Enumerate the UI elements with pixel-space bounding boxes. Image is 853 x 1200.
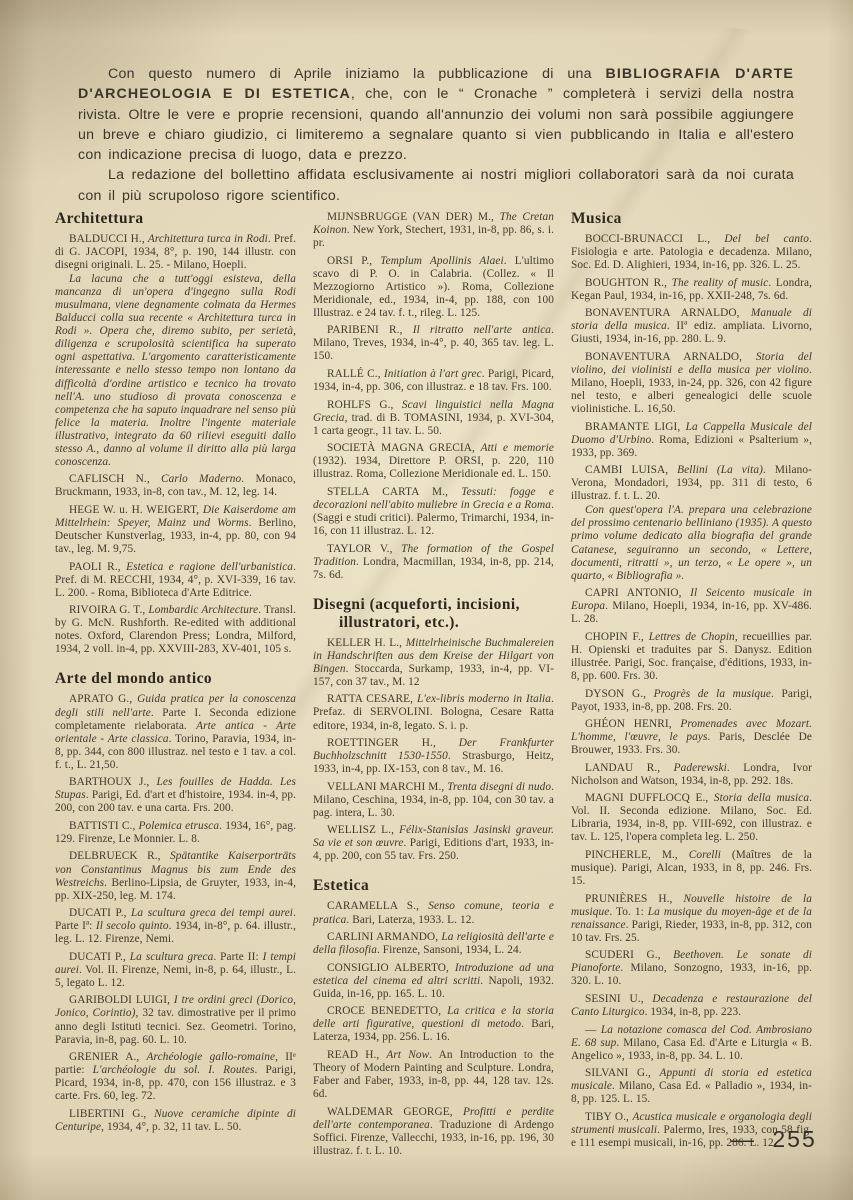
bib-entry: GARIBOLDI LUIGI, I tre ordini greci (Dor… <box>55 994 296 1046</box>
bib-entry: CARAMELLA S., Senso comune, teoria e pra… <box>313 900 554 926</box>
bib-entry: LIBERTINI G., Nuove ceramiche dipinte di… <box>55 1108 296 1134</box>
bib-entry: BOUGHTON R., The reality of music. Londr… <box>571 277 812 303</box>
bib-entry: GHÉON HENRI, Promenades avec Mozart. L'h… <box>571 718 812 757</box>
bib-column-center: MIJNSBRUGGE (VAN DER) M., The Cretan Koi… <box>313 208 554 1154</box>
bib-entry: GRENIER A., Archéologie gallo-romaine, I… <box>55 1051 296 1103</box>
bib-column-left: ArchitetturaBALDUCCI H., Architettura tu… <box>55 208 296 1154</box>
bib-entry: READ H., Art Now. An Introduction to the… <box>313 1049 554 1101</box>
bib-note: La lacuna che a tutt'oggi esisteva, dell… <box>55 273 296 469</box>
bib-entry: CAPRI ANTONIO, Il Seicento musicale in E… <box>571 587 812 626</box>
bib-entry: DELBRUECK R., Spätantike Kaiserporträts … <box>55 850 296 902</box>
bib-entry: HEGE W. u. H. WEIGERT, Die Kaiserdome am… <box>55 504 296 556</box>
bib-entry: LANDAU R., Paderewski. Londra, Ivor Nich… <box>571 762 812 788</box>
bib-entry: CAMBI LUISA, Bellini (La vita). Milano-V… <box>571 464 812 503</box>
section-heading: Estetica <box>313 877 554 895</box>
bibliography-columns: ArchitetturaBALDUCCI H., Architettura tu… <box>55 208 813 1154</box>
section-heading: Disegni (acqueforti, incisioni, illustra… <box>313 596 554 632</box>
bib-entry: CONSIGLIO ALBERTO, Introduzione ad una e… <box>313 962 554 1001</box>
bib-entry: WALDEMAR GEORGE, Profitti e perdite dell… <box>313 1106 554 1154</box>
bib-entry: — La notazione comasca del Cod. Ambrosia… <box>571 1024 812 1063</box>
bib-entry: RIVOIRA G. T., Lombardic Architecture. T… <box>55 604 296 656</box>
bib-entry: CROCE BENEDETTO, La critica e la storia … <box>313 1005 554 1044</box>
bib-entry: APRATO G., Guida pratica per la conoscen… <box>55 693 296 771</box>
page-number: — 255 <box>731 1126 817 1153</box>
section-heading: Musica <box>571 210 812 228</box>
scanned-bibliography-page: Con questo numero di Aprile iniziamo la … <box>0 0 853 1200</box>
bib-entry: DUCATI P., La scultura greca dei tempi a… <box>55 907 296 946</box>
bib-entry: KELLER H. L., Mittelrheinische Buchmaler… <box>313 637 554 689</box>
bib-entry: SOCIETÀ MAGNA GRECIA, Atti e memorie (19… <box>313 442 554 481</box>
bib-entry: SCUDERI G., Beethoven. Le sonate di Pian… <box>571 949 812 988</box>
bib-entry: CHOPIN F., Lettres de Chopin, recueillie… <box>571 631 812 683</box>
bib-entry: MIJNSBRUGGE (VAN DER) M., The Cretan Koi… <box>313 211 554 250</box>
bib-entry: BATTISTI C., Polemica etrusca. 1934, 16°… <box>55 820 296 846</box>
bib-entry: DYSON G., Progrès de la musique. Parigi,… <box>571 688 812 714</box>
bib-note: Con quest'opera l'A. prepara una celebra… <box>571 504 812 582</box>
bib-entry: PINCHERLE, M., Corelli (Maîtres de la mu… <box>571 849 812 888</box>
bib-entry: PAOLI R., Estetica e ragione dell'urbani… <box>55 561 296 600</box>
section-heading: Arte del mondo antico <box>55 670 296 688</box>
bib-entry: BONAVENTURA ARNALDO, Manuale di storia d… <box>571 307 812 346</box>
bib-entry: MAGNI DUFFLOCQ E., Storia della musica. … <box>571 792 812 844</box>
bib-entry: ORSI P., Templum Apollinis Alaei. L'ulti… <box>313 255 554 320</box>
bib-entry: RALLÉ C., Initiation à l'art grec. Parig… <box>313 368 554 394</box>
intro-paragraph: La redazione del bollettino affidata esc… <box>78 165 794 206</box>
bib-entry: SILVANI G., Appunti di storia ed estetic… <box>571 1067 812 1106</box>
bib-entry: CAFLISCH N., Carlo Maderno. Monaco, Bruc… <box>55 473 296 499</box>
bib-entry: TAYLOR V., The formation of the Gospel T… <box>313 543 554 582</box>
bib-entry: PRUNIÈRES H., Nouvelle histoire de la mu… <box>571 893 812 945</box>
bib-entry: PARIBENI R., Il ritratto nell'arte antic… <box>313 324 554 363</box>
intro-block: Con questo numero di Aprile iniziamo la … <box>78 64 794 206</box>
bib-entry: BONAVENTURA ARNALDO, Storia del violino,… <box>571 351 812 416</box>
bib-entry: STELLA CARTA M., Tessuti: fogge e decora… <box>313 486 554 538</box>
bib-entry: RATTA CESARE, L'ex-libris moderno in Ita… <box>313 693 554 732</box>
bib-entry: BOCCI-BRUNACCI L., Del bel canto. Fisiol… <box>571 233 812 272</box>
bib-entry: BALDUCCI H., Architettura turca in Rodi.… <box>55 233 296 272</box>
section-heading: Architettura <box>55 210 296 228</box>
bib-entry: BRAMANTE LIGI, La Cappella Musicale del … <box>571 421 812 460</box>
bib-column-right: MusicaBOCCI-BRUNACCI L., Del bel canto. … <box>571 208 812 1154</box>
bib-entry: DUCATI P., La scultura greca. Parte II: … <box>55 951 296 990</box>
intro-paragraph: Con questo numero di Aprile iniziamo la … <box>78 64 794 165</box>
bib-entry: WELLISZ L., Félix-Stanislas Jasinski gra… <box>313 824 554 863</box>
bib-entry: SESINI U., Decadenza e restaurazione del… <box>571 993 812 1019</box>
bib-entry: ROHLFS G., Scavi linguistici nella Magna… <box>313 399 554 438</box>
bib-entry: CARLINI ARMANDO, La religiosità dell'art… <box>313 931 554 957</box>
bib-entry: ROETTINGER H., Der Frankfurter Buchholzs… <box>313 737 554 776</box>
bib-entry: BARTHOUX J., Les fouilles de Hadda. Les … <box>55 776 296 815</box>
bib-entry: VELLANI MARCHI M., Trenta disegni di nud… <box>313 781 554 820</box>
